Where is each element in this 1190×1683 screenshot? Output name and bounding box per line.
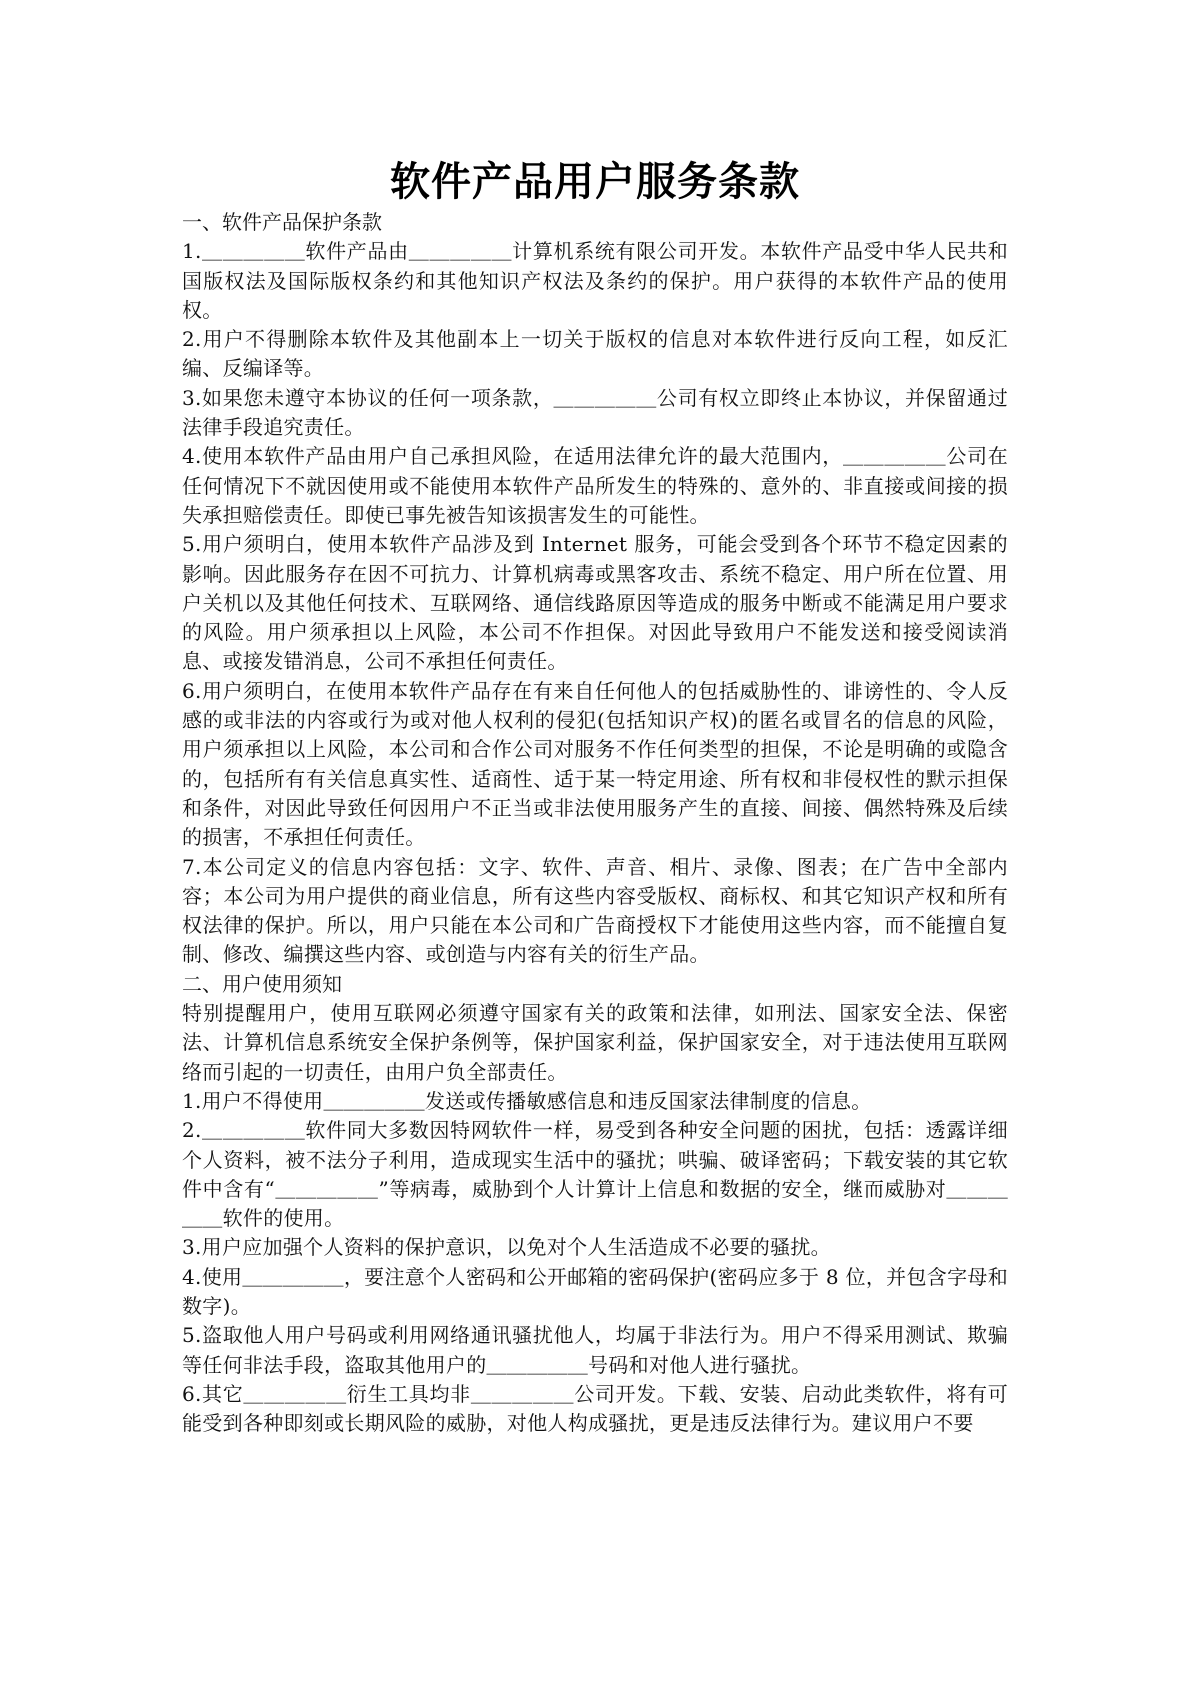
section-heading: 一、软件产品保护条款 — [182, 208, 1008, 237]
clause-paragraph: 5.用户须明白，使用本软件产品涉及到 Internet 服务，可能会受到各个环节… — [182, 530, 1008, 676]
clause-paragraph: 3.用户应加强个人资料的保护意识，以免对个人生活造成不必要的骚扰。 — [182, 1233, 1008, 1262]
clause-paragraph: 4.使用＿＿＿＿＿，要注意个人密码和公开邮箱的密码保护(密码应多于 8 位，并包… — [182, 1263, 1008, 1322]
clause-paragraph: 1.用户不得使用＿＿＿＿＿发送或传播敏感信息和违反国家法律制度的信息。 — [182, 1087, 1008, 1116]
document-title: 软件产品用户服务条款 — [182, 160, 1008, 204]
clause-paragraph: 特别提醒用户，使用互联网必须遵守国家有关的政策和法律，如刑法、国家安全法、保密法… — [182, 999, 1008, 1087]
document-page: 软件产品用户服务条款 一、软件产品保护条款 1.＿＿＿＿＿软件产品由＿＿＿＿＿计… — [182, 160, 1008, 1438]
clause-paragraph: 5.盗取他人用户号码或利用网络通讯骚扰他人，均属于非法行为。用户不得采用测试、欺… — [182, 1321, 1008, 1380]
section-user-notice: 二、用户使用须知 特别提醒用户，使用互联网必须遵守国家有关的政策和法律，如刑法、… — [182, 970, 1008, 1439]
clause-paragraph: 4.使用本软件产品由用户自己承担风险，在适用法律允许的最大范围内，＿＿＿＿＿公司… — [182, 442, 1008, 530]
section-software-protection: 一、软件产品保护条款 1.＿＿＿＿＿软件产品由＿＿＿＿＿计算机系统有限公司开发。… — [182, 208, 1008, 970]
clause-paragraph: 7.本公司定义的信息内容包括：文字、软件、声音、相片、录像、图表；在广告中全部内… — [182, 853, 1008, 970]
clause-paragraph: 1.＿＿＿＿＿软件产品由＿＿＿＿＿计算机系统有限公司开发。本软件产品受中华人民共… — [182, 237, 1008, 325]
section-heading: 二、用户使用须知 — [182, 970, 1008, 999]
clause-paragraph: 2.用户不得删除本软件及其他副本上一切关于版权的信息对本软件进行反向工程，如反汇… — [182, 325, 1008, 384]
clause-paragraph: 6.用户须明白，在使用本软件产品存在有来自任何他人的包括威胁性的、诽谤性的、令人… — [182, 677, 1008, 853]
clause-paragraph: 3.如果您未遵守本协议的任何一项条款，＿＿＿＿＿公司有权立即终止本协议，并保留通… — [182, 384, 1008, 443]
clause-paragraph: 2.＿＿＿＿＿软件同大多数因特网软件一样，易受到各种安全问题的困扰，包括：透露详… — [182, 1116, 1008, 1233]
clause-paragraph: 6.其它＿＿＿＿＿衍生工具均非＿＿＿＿＿公司开发。下载、安装、启动此类软件，将有… — [182, 1380, 1008, 1439]
